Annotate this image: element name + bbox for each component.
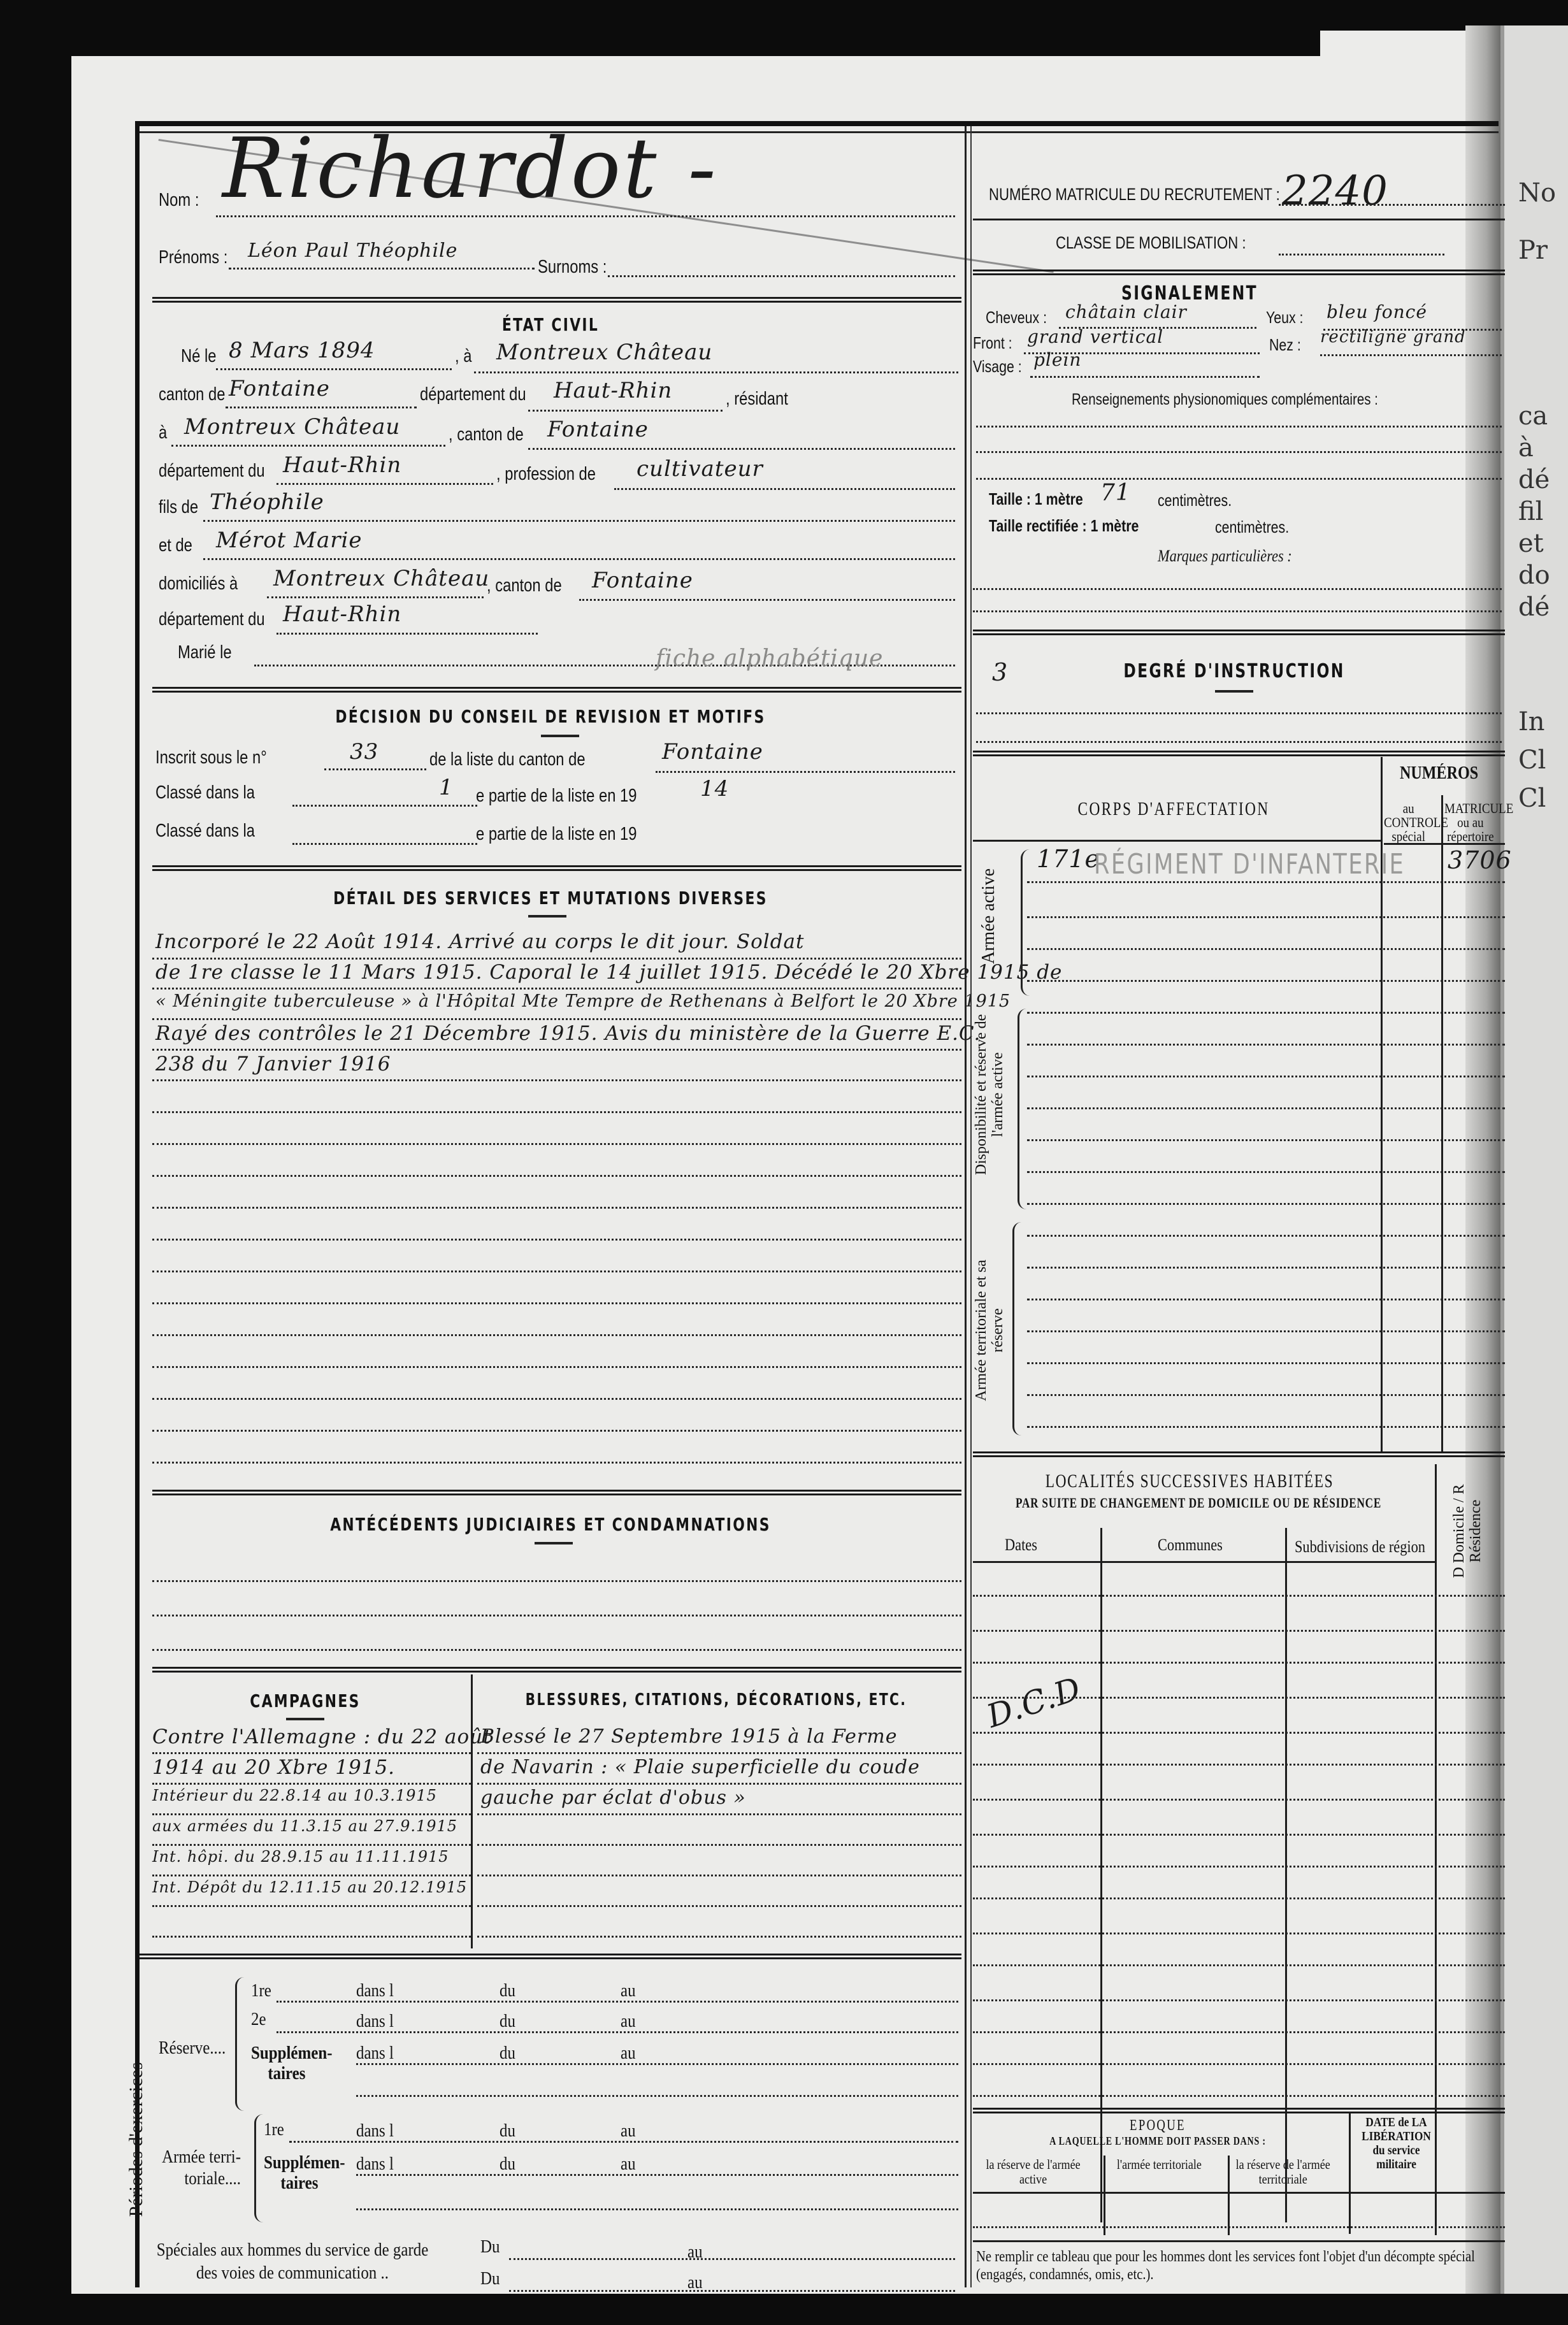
fragment: et	[1518, 529, 1544, 558]
nom-label: Nom :	[159, 190, 199, 211]
reserve-label: Réserve....	[159, 2038, 226, 2059]
liste-canton-label: de la liste du canton de	[429, 749, 586, 770]
divider	[973, 630, 1505, 635]
nom-line	[216, 215, 955, 217]
front-value: grand vertical	[1027, 326, 1163, 347]
partie2-label: e partie de la liste en 19	[476, 824, 637, 845]
mere-value: Mérot Marie	[216, 528, 362, 553]
col-dates: Dates	[1005, 1536, 1037, 1555]
services-title: DÉTAIL DES SERVICES ET MUTATIONS DIVERSE…	[230, 888, 871, 909]
canton-label: canton de	[159, 384, 225, 405]
line	[528, 448, 955, 450]
prenoms-label: Prénoms :	[159, 247, 227, 268]
line	[614, 488, 955, 490]
corps-number: 171e	[1037, 845, 1100, 873]
periodes-side-label: Périodes d'exercices	[127, 1993, 146, 2286]
col-subdivisions: Subdivisions de région	[1295, 1537, 1425, 1557]
torn-edge	[71, 31, 1320, 56]
classe-mobilisation-label: CLASSE DE MOBILISATION :	[1056, 233, 1246, 253]
fragment: ca	[1518, 401, 1548, 431]
bottom-shadow	[0, 2294, 1568, 2325]
birth-date: 8 Mars 1894	[229, 338, 375, 363]
marie-label: Marié le	[178, 642, 232, 663]
campagnes-title: CAMPAGNES	[176, 1690, 435, 1711]
column-divider	[471, 1674, 473, 1948]
ornament-dash	[541, 735, 579, 737]
residant-a-label: à	[159, 422, 167, 443]
left-column: Nom : Richardot - Prénoms : Léon Paul Th…	[140, 126, 961, 2287]
classe1-label: Classé dans la	[155, 782, 255, 803]
fragment: Cl	[1518, 784, 1546, 813]
prenoms-line	[229, 268, 535, 270]
section-armee-active: Armée active	[979, 846, 998, 986]
ornament-dash	[286, 1718, 324, 1720]
etat-civil-title: ÉTAT CIVIL	[230, 314, 871, 335]
epoque-col-reserve-territoriale: la réserve de l'armée territoriale	[1231, 2157, 1335, 2187]
residant-a-value: Montreux Château	[184, 414, 400, 440]
profession-value: cultivateur	[637, 456, 763, 482]
divider	[973, 751, 1505, 756]
fragment: Cl	[1518, 745, 1546, 775]
service-line: Rayé des contrôles le 21 Décembre 1915. …	[155, 1022, 981, 1045]
campagne-line: Intérieur du 22.8.14 au 10.3.1915	[152, 1787, 437, 1804]
divider	[973, 270, 1505, 275]
classe2-label: Classé dans la	[155, 821, 255, 842]
dcd-annotation: D.C.D	[982, 1670, 1086, 1735]
cheveux-value: châtain clair	[1065, 301, 1187, 322]
fragment: à	[1518, 433, 1534, 463]
canton3-value: Fontaine	[592, 568, 693, 593]
epoque-title: EPOQUE	[1009, 2117, 1307, 2134]
line	[656, 771, 955, 773]
domicile-residence-label: D Domicile / R Résidence	[1451, 1464, 1484, 1598]
divider	[152, 865, 961, 871]
departement-label: département du	[420, 384, 526, 405]
ornament-dash	[528, 915, 566, 918]
line	[171, 445, 445, 447]
fiche-annotation: fiche alphabétique	[656, 645, 883, 672]
degre-instruction-value: 3	[992, 658, 1008, 686]
campagne-line: Int. hôpi. du 28.9.15 au 11.11.1915	[152, 1848, 449, 1866]
nom-value: Richardot -	[222, 120, 719, 217]
conseil-title: DÉCISION DU CONSEIL DE REVISION ET MOTIF…	[230, 706, 871, 727]
divider	[152, 297, 961, 303]
line	[226, 407, 417, 408]
service-line: de 1re classe le 11 Mars 1915. Caporal l…	[155, 961, 1062, 984]
canton2-label: , canton de	[449, 424, 524, 445]
departement3-label: département du	[159, 609, 265, 630]
inscrit-number: 33	[350, 739, 378, 765]
profession-label: , profession de	[496, 464, 596, 485]
surnoms-label: Surnoms :	[538, 257, 607, 278]
fragment: Pr	[1518, 236, 1548, 265]
departement3-value: Haut-Rhin	[283, 601, 401, 627]
territoriale-label: Armée terri-toriale....	[159, 2146, 241, 2189]
blessures-title: BLESSURES, CITATIONS, DÉCORATIONS, ETC.	[525, 1690, 908, 1710]
line	[324, 768, 426, 770]
next-page-edge: No Pr ca à dé fil et do dé In Cl Cl	[1500, 25, 1568, 2319]
right-column: NUMÉRO MATRICULE DU RECRUTEMENT : 2240 C…	[965, 126, 1503, 2287]
blessure-line: Blessé le 27 Septembre 1915 à la Ferme	[480, 1725, 897, 1748]
ne-le-label: Né le	[181, 346, 217, 367]
departement2-label: département du	[159, 461, 265, 482]
line	[292, 805, 477, 807]
visage-value: plein	[1033, 349, 1081, 370]
corps-affectation-title: CORPS D'AFFECTATION	[1012, 798, 1335, 820]
line	[277, 483, 493, 485]
service-line: Incorporé le 22 Août 1914. Arrivé au cor…	[155, 930, 804, 953]
liste-canton-value: Fontaine	[662, 739, 763, 765]
numeros-label: NUMÉROS	[1400, 763, 1478, 784]
localites-title: LOCALITÉS SUCCESSIVES HABITÉES	[1016, 1471, 1363, 1492]
divider	[152, 1490, 961, 1495]
line	[579, 599, 955, 601]
fragment: dé	[1518, 593, 1550, 622]
corps-stamp: RÉGIMENT D'INFANTERIE	[1094, 848, 1405, 881]
line	[267, 596, 484, 598]
campagne-line: Contre l'Allemagne : du 22 août	[152, 1725, 492, 1748]
line	[203, 520, 955, 522]
line	[203, 558, 955, 560]
campagne-line: aux armées du 11.3.15 au 27.9.1915	[152, 1817, 457, 1835]
classe1-partie: 1	[439, 775, 454, 800]
antecedents-title: ANTÉCÉDENTS JUDICIAIRES ET CONDAMNATIONS	[230, 1514, 871, 1535]
et-de-label: et de	[159, 535, 192, 556]
ornament-dash	[535, 1542, 573, 1544]
blessure-line: de Navarin : « Plaie superficielle du co…	[480, 1756, 920, 1778]
line	[528, 410, 723, 412]
deuxieme-label: 2e	[251, 2009, 266, 2030]
corps-matricule: 3706	[1448, 846, 1512, 874]
ornament-dash	[1215, 690, 1253, 693]
blessure-line: gauche par éclat d'obus »	[480, 1787, 746, 1809]
line	[216, 368, 452, 370]
partie-label: e partie de la liste en 19	[476, 786, 637, 807]
line	[474, 371, 958, 373]
taille-value: 71	[1100, 480, 1131, 506]
epoque-col-reserve-active: la réserve de l'armée active	[982, 2157, 1084, 2187]
numero-matricule-label: NUMÉRO MATRICULE DU RECRUTEMENT :	[989, 185, 1280, 205]
divider	[973, 2108, 1505, 2113]
canton3-label: , canton de	[487, 575, 562, 596]
section-disponibilite: Disponibilité et réserve de l'armée acti…	[973, 993, 1006, 1197]
date-liberation-label: DATE de LA LIBÉRATION du service militai…	[1355, 2115, 1437, 2171]
fragment: fil	[1518, 497, 1543, 526]
matricule-form: Nom : Richardot - Prénoms : Léon Paul Th…	[135, 121, 1499, 2287]
fragment: do	[1518, 561, 1550, 590]
col-communes: Communes	[1158, 1536, 1223, 1555]
fragment: In	[1518, 707, 1545, 737]
departement2-value: Haut-Rhin	[283, 452, 401, 478]
localites-subtitle: PAR SUITE DE CHANGEMENT DE DOMICILE OU D…	[1016, 1495, 1363, 1511]
residant-label: , résidant	[726, 389, 788, 410]
canton2-value: Fontaine	[547, 417, 649, 442]
yeux-value: bleu foncé	[1327, 301, 1427, 322]
service-line: 238 du 7 Janvier 1916	[155, 1053, 391, 1076]
divider	[140, 1954, 961, 1959]
campagne-line: 1914 au 20 Xbre 1915.	[152, 1756, 395, 1779]
prenoms-value: Léon Paul Théophile	[248, 240, 457, 262]
departement-value: Haut-Rhin	[554, 378, 672, 403]
divider	[152, 1667, 961, 1673]
birth-place: Montreux Château	[496, 340, 712, 365]
numero-matricule-value: 2240	[1282, 168, 1388, 215]
domicilies-value: Montreux Château	[273, 566, 489, 591]
epoque-subtitle: A LAQUELLE L'HOMME DOIT PASSER DANS :	[1009, 2134, 1307, 2148]
divider	[152, 687, 961, 693]
supplementaires-label: Supplémen-taires	[251, 2043, 322, 2084]
domicilies-label: domiciliés à	[159, 573, 238, 594]
surnoms-line	[608, 275, 955, 277]
divider	[973, 1451, 1505, 1457]
fragment: No	[1518, 178, 1556, 208]
section-territoriale: Armée territoriale et sa réserve	[973, 1248, 1006, 1413]
inscrit-label: Inscrit sous le n°	[155, 747, 267, 768]
a-label: , à	[455, 346, 471, 367]
matricule-col-label: MATRICULE ou au répertoire	[1444, 802, 1497, 844]
premiere-label: 1re	[251, 1980, 271, 2001]
speciales-label: Spéciales aux hommes du service de garde…	[155, 2238, 429, 2284]
fragment: dé	[1518, 465, 1550, 494]
degre-instruction-title: DEGRÉ D'INSTRUCTION	[1085, 660, 1383, 682]
pere-value: Théophile	[210, 489, 324, 515]
fils-de-label: fils de	[159, 497, 198, 518]
line	[292, 843, 477, 845]
canton-value: Fontaine	[229, 376, 330, 401]
campagne-line: Int. Dépôt du 12.11.15 au 20.12.1915	[152, 1878, 467, 1896]
controle-label: au CONTROLE spécial	[1384, 802, 1433, 844]
classe1-annee: 14	[700, 776, 729, 802]
epoque-col-territoriale: l'armée territoriale	[1110, 2157, 1209, 2172]
service-line: « Méningite tuberculeuse » à l'Hôpital M…	[155, 991, 1011, 1011]
nez-value: rectiligne grand	[1320, 328, 1466, 347]
line	[277, 633, 538, 635]
epoque-note: Ne remplir ce tableau que pour les homme…	[976, 2248, 1491, 2284]
